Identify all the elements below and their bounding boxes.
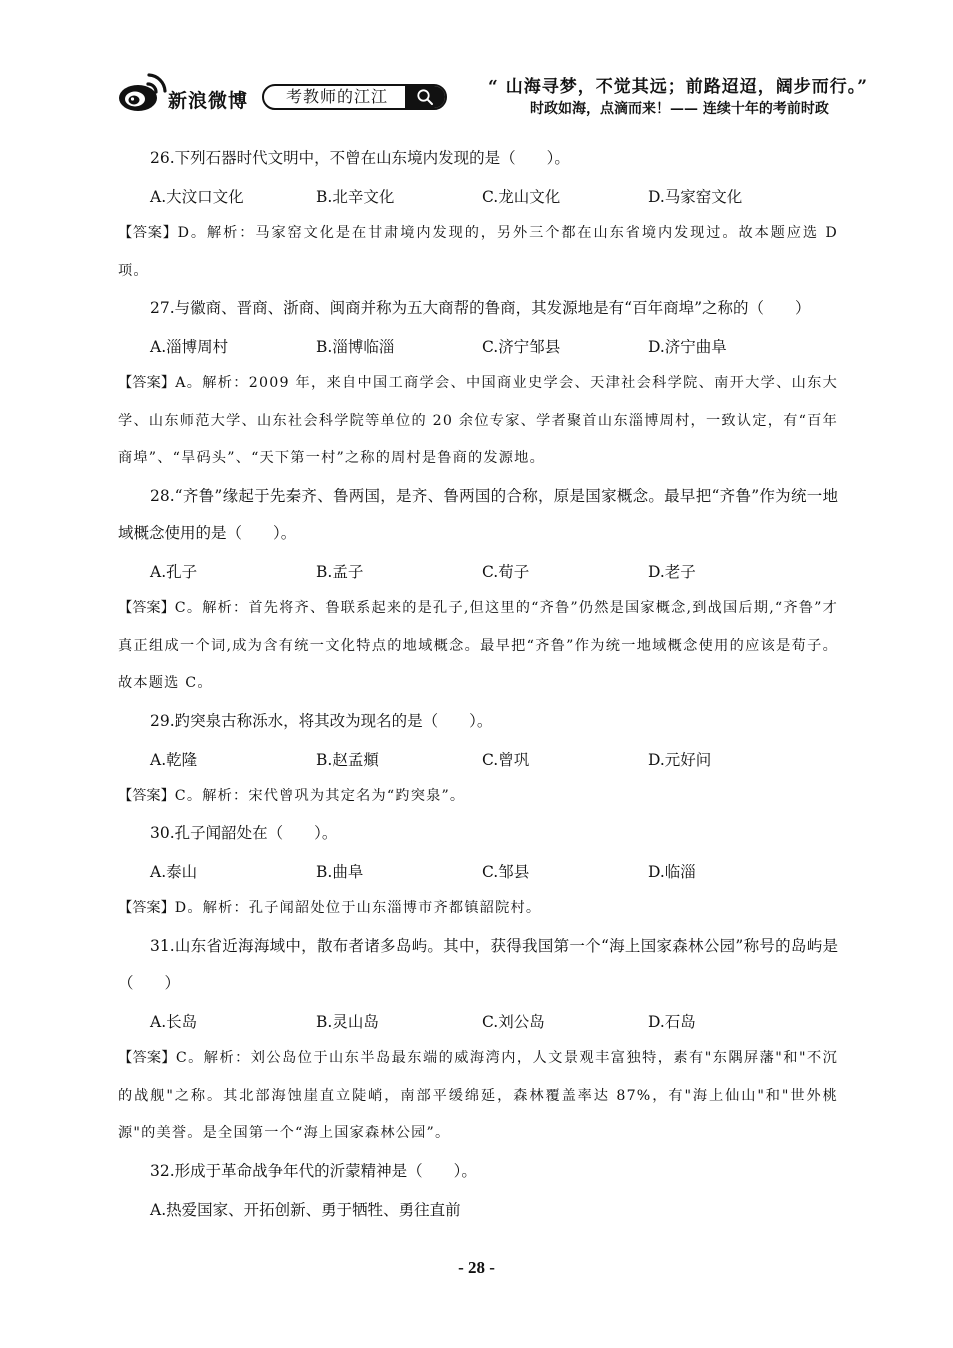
option-b: B.灵山岛 [316, 1010, 482, 1032]
option-a: A.热爱国家、开拓创新、勇于牺牲、勇往直前 [150, 1198, 461, 1220]
answer-explanation: 【答案】D。解析：孔子闻韶处位于山东淄博市齐都镇韶院村。 [118, 890, 838, 928]
slogan-line-2: 时政如海，点滴而来！—— 连续十年的考前时政 [530, 98, 829, 118]
question-content: 26.下列石器时代文明中，不曾在山东境内发现的是（ ）。 A.大汶口文化 B.北… [118, 140, 838, 1228]
option-d: D.老子 [648, 560, 814, 582]
answer-tag: 【答案】 [118, 788, 175, 804]
question-stem: 26.下列石器时代文明中，不曾在山东境内发现的是（ ）。 [118, 140, 838, 178]
option-d: D.石岛 [648, 1010, 814, 1032]
option-a: A.大汶口文化 [150, 185, 316, 207]
option-c: C.龙山文化 [482, 185, 648, 207]
option-c: C.荀子 [482, 560, 648, 582]
question-stem: 32.形成于革命战争年代的沂蒙精神是（ ）。 [118, 1153, 838, 1191]
option-a: A.长岛 [150, 1010, 316, 1032]
weibo-logo-icon [118, 70, 168, 114]
question-30: 30.孔子闻韶处在（ ）。 A.泰山 B.曲阜 C.邹县 D.临淄 【答案】D。… [118, 815, 838, 928]
question-stem: 28.“齐鲁”缘起于先秦齐、鲁两国，是齐、鲁两国的合称，原是国家概念。最早把“齐… [118, 478, 838, 553]
answer-explanation: 【答案】C。解析：首先将齐、鲁联系起来的是孔子,但这里的“齐鲁”仍然是国家概念,… [118, 590, 838, 703]
question-27: 27.与徽商、晋商、浙商、闽商并称为五大商帮的鲁商，其发源地是有“百年商埠”之称… [118, 290, 838, 478]
answer-text: C。解析：宋代曾巩为其定名为“趵突泉”。 [175, 788, 466, 804]
answer-explanation: 【答案】A。解析：2009 年，来自中国工商学会、中国商业史学会、天津社会科学院… [118, 365, 838, 478]
answer-text: C。解析：刘公岛位于山东半岛最东端的威海湾内，人文景观丰富独特，素有"东隅屏藩"… [118, 1050, 838, 1141]
search-input[interactable]: 考教师的江江 [264, 86, 405, 108]
option-a: A.淄博周村 [150, 335, 316, 357]
page-header: 新浪微博 考教师的江江 “ 山海寻梦，不觉其远；前路迢迢，阔步而行。” 时政如海… [0, 0, 953, 130]
option-c: C.邹县 [482, 860, 648, 882]
answer-tag: 【答案】 [118, 1050, 176, 1066]
options-row: A.泰山 B.曲阜 C.邹县 D.临淄 [118, 853, 838, 891]
option-b: B.孟子 [316, 560, 482, 582]
brand-name: 新浪微博 [168, 86, 248, 113]
option-a: A.乾隆 [150, 748, 316, 770]
options-row: A.淄博周村 B.淄博临淄 C.济宁邹县 D.济宁曲阜 [118, 328, 838, 366]
answer-text: D。解析：孔子闻韶处位于山东淄博市齐都镇韶院村。 [175, 900, 542, 916]
question-29: 29.趵突泉古称泺水，将其改为现名的是（ ）。 A.乾隆 B.赵孟頫 C.曾巩 … [118, 703, 838, 816]
answer-explanation: 【答案】D。解析：马家窑文化是在甘肃境内发现的，另外三个都在山东省境内发现过。故… [118, 215, 838, 290]
answer-text: D。解析：马家窑文化是在甘肃境内发现的，另外三个都在山东省境内发现过。故本题应选… [118, 225, 838, 279]
search-button[interactable] [405, 86, 445, 108]
slogan-line-1: “ 山海寻梦，不觉其远；前路迢迢，阔步而行。” [488, 72, 868, 97]
option-d: D.元好问 [648, 748, 814, 770]
search-icon [416, 88, 434, 106]
question-28: 28.“齐鲁”缘起于先秦齐、鲁两国，是齐、鲁两国的合称，原是国家概念。最早把“齐… [118, 478, 838, 703]
question-stem: 30.孔子闻韶处在（ ）。 [118, 815, 838, 853]
options-row: A.乾隆 B.赵孟頫 C.曾巩 D.元好问 [118, 740, 838, 778]
option-c: C.济宁邹县 [482, 335, 648, 357]
option-b: B.北辛文化 [316, 185, 482, 207]
option-d: D.马家窑文化 [648, 185, 814, 207]
page-number: - 28 - [0, 1258, 953, 1278]
options-row: A.孔子 B.孟子 C.荀子 D.老子 [118, 553, 838, 591]
option-a: A.孔子 [150, 560, 316, 582]
answer-tag: 【答案】 [118, 600, 175, 616]
answer-tag: 【答案】 [118, 900, 175, 916]
question-31: 31.山东省近海海域中，散布者诸多岛屿。其中，获得我国第一个“海上国家森林公园”… [118, 928, 838, 1153]
answer-tag: 【答案】 [118, 375, 175, 391]
answer-tag: 【答案】 [118, 225, 178, 241]
answer-text: A。解析：2009 年，来自中国工商学会、中国商业史学会、天津社会科学院、南开大… [118, 375, 838, 466]
question-stem: 31.山东省近海海域中，散布者诸多岛屿。其中，获得我国第一个“海上国家森林公园”… [118, 928, 838, 1003]
options-row: A.大汶口文化 B.北辛文化 C.龙山文化 D.马家窑文化 [118, 178, 838, 216]
question-stem: 29.趵突泉古称泺水，将其改为现名的是（ ）。 [118, 703, 838, 741]
option-b: B.淄博临淄 [316, 335, 482, 357]
option-c: C.刘公岛 [482, 1010, 648, 1032]
option-a: A.泰山 [150, 860, 316, 882]
question-32: 32.形成于革命战争年代的沂蒙精神是（ ）。 A.热爱国家、开拓创新、勇于牺牲、… [118, 1153, 838, 1228]
answer-explanation: 【答案】C。解析：宋代曾巩为其定名为“趵突泉”。 [118, 778, 838, 816]
options-row: A.热爱国家、开拓创新、勇于牺牲、勇往直前 [118, 1190, 838, 1228]
option-d: D.济宁曲阜 [648, 335, 814, 357]
answer-text: C。解析：首先将齐、鲁联系起来的是孔子,但这里的“齐鲁”仍然是国家概念,到战国后… [118, 600, 838, 691]
search-box[interactable]: 考教师的江江 [262, 84, 447, 110]
question-26: 26.下列石器时代文明中，不曾在山东境内发现的是（ ）。 A.大汶口文化 B.北… [118, 140, 838, 290]
option-c: C.曾巩 [482, 748, 648, 770]
question-stem: 27.与徽商、晋商、浙商、闽商并称为五大商帮的鲁商，其发源地是有“百年商埠”之称… [118, 290, 838, 328]
options-row: A.长岛 B.灵山岛 C.刘公岛 D.石岛 [118, 1003, 838, 1041]
option-b: B.曲阜 [316, 860, 482, 882]
option-b: B.赵孟頫 [316, 748, 482, 770]
answer-explanation: 【答案】C。解析：刘公岛位于山东半岛最东端的威海湾内，人文景观丰富独特，素有"东… [118, 1040, 838, 1153]
option-d: D.临淄 [648, 860, 814, 882]
